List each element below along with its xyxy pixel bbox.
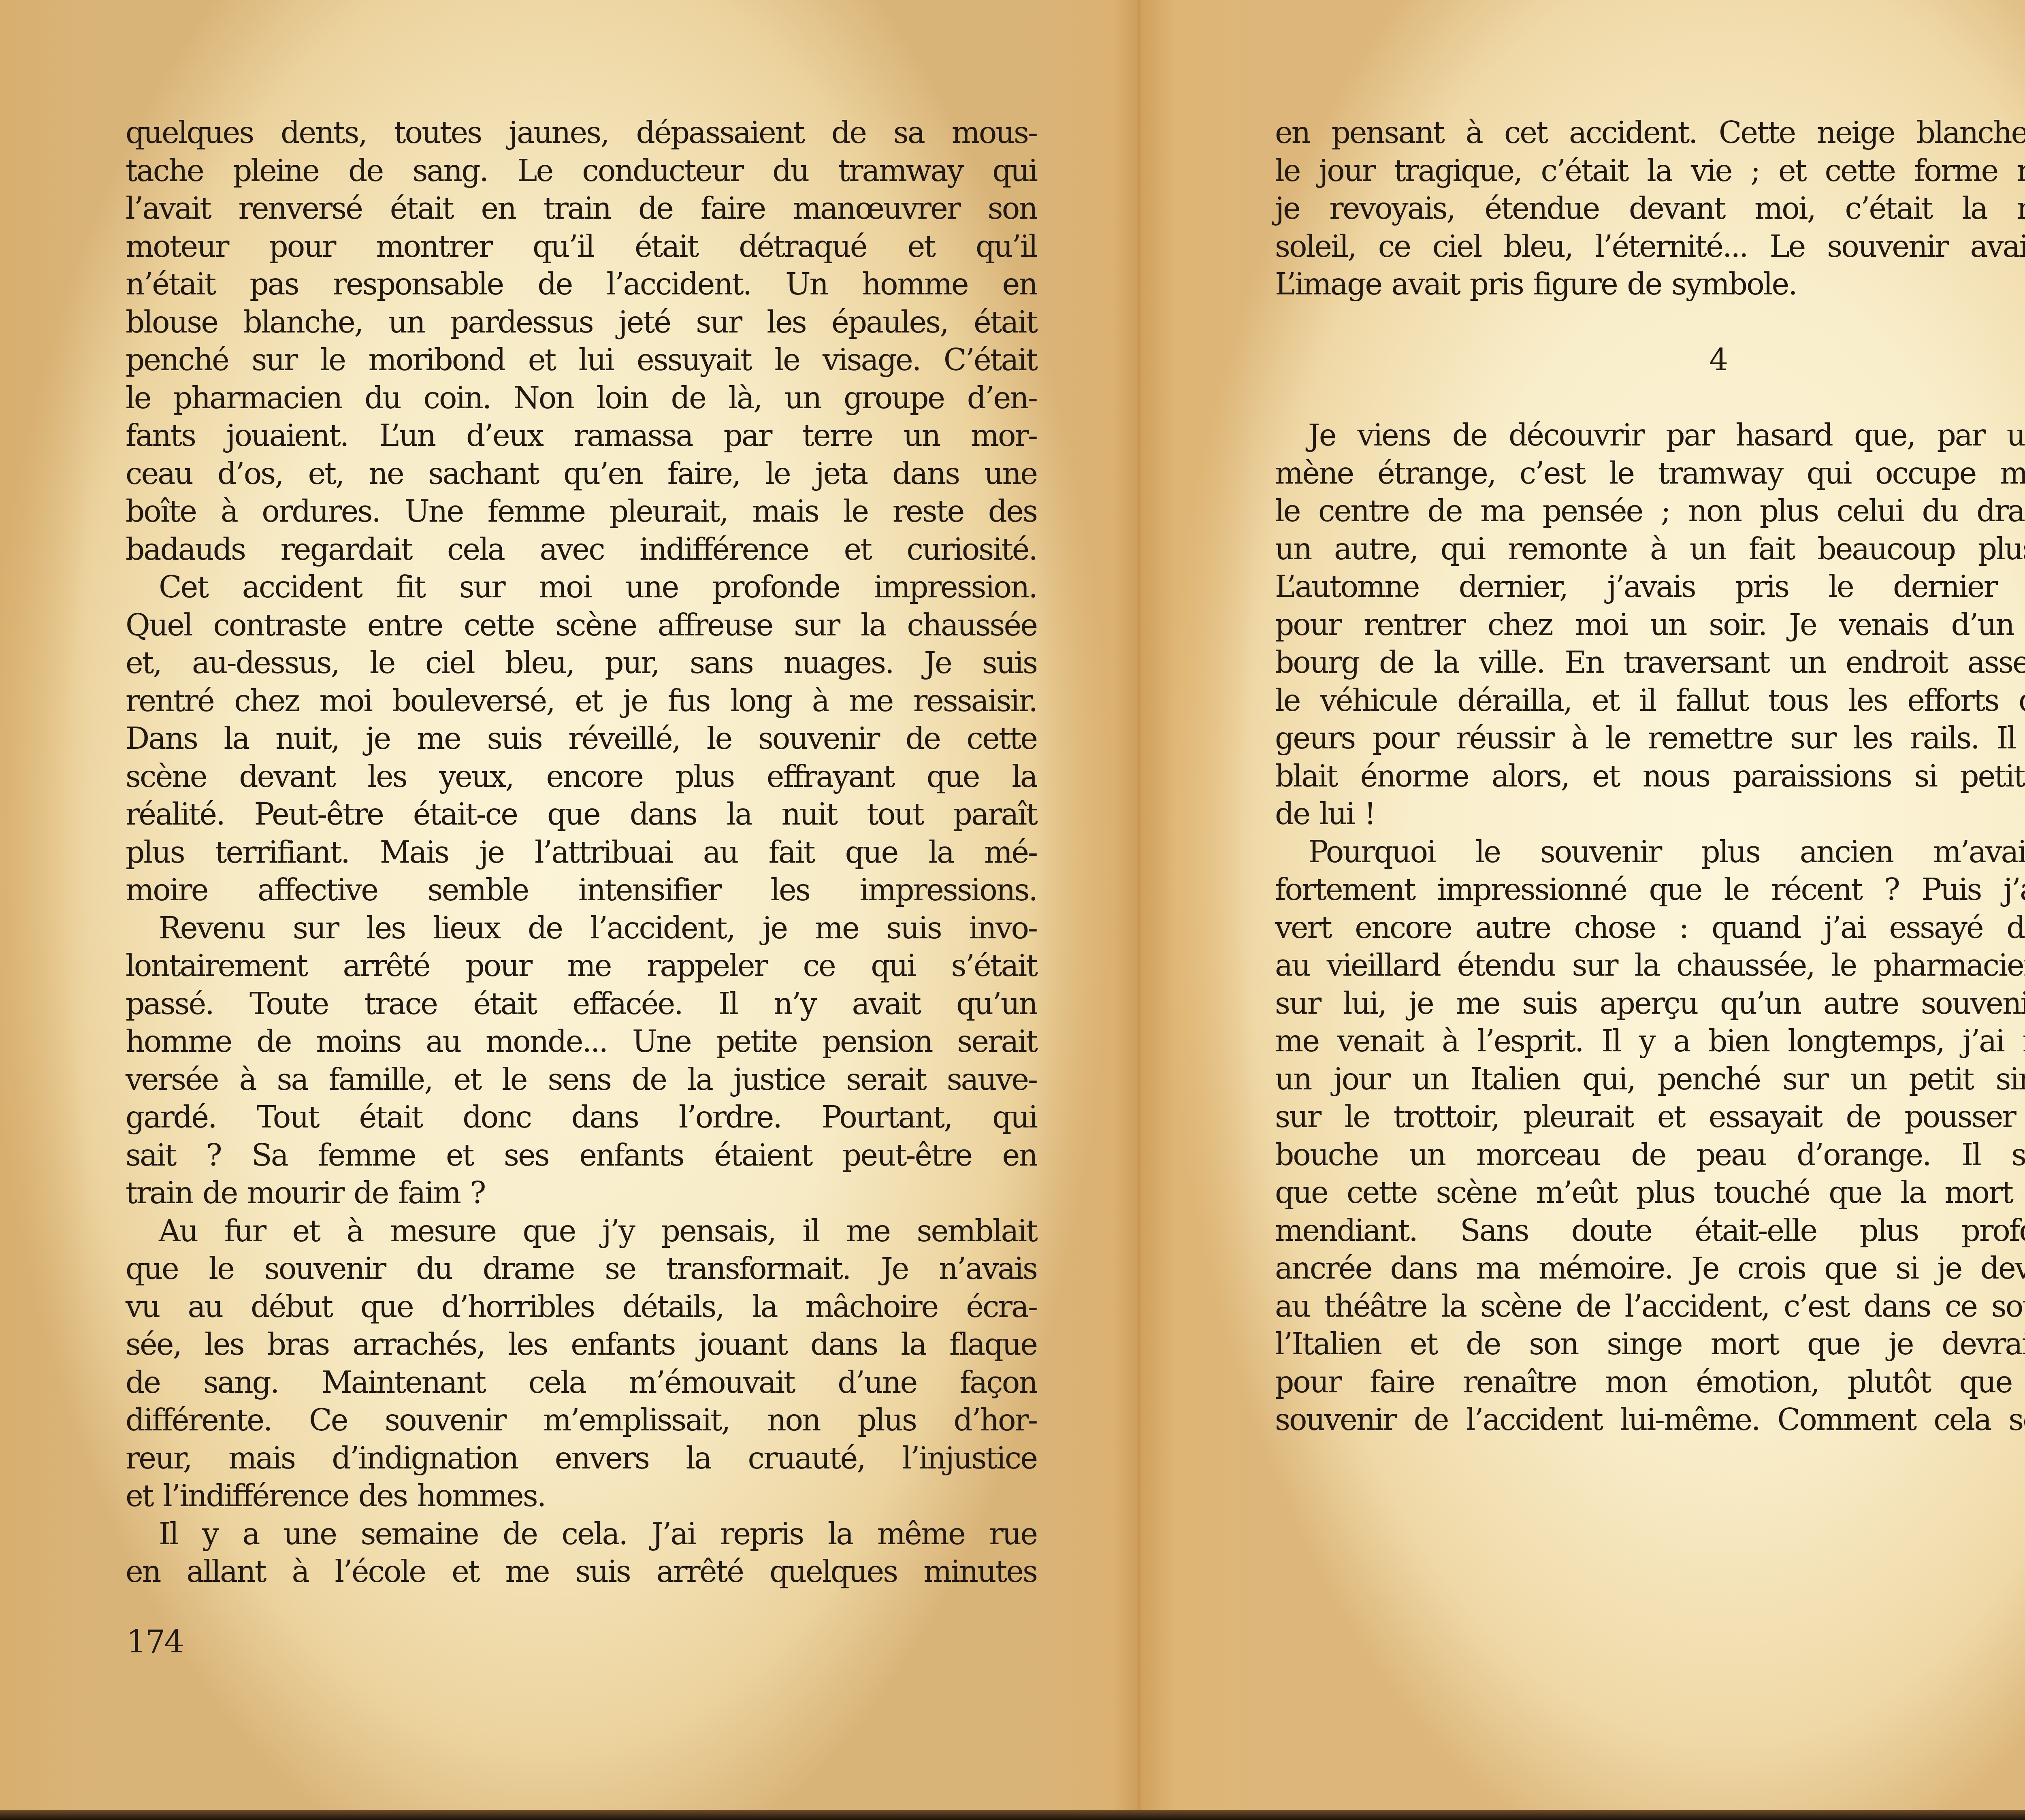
- text-line: fants jouaient. L’un d’eux ramassa par t…: [126, 417, 1037, 455]
- right-page-text: en pensant à cet accident. Cette neige b…: [1275, 114, 2025, 1439]
- text-line: badauds regardait cela avec indifférence…: [126, 531, 1037, 569]
- book-gutter: [1138, 0, 1140, 1810]
- text-line: passé. Toute trace était effacée. Il n’y…: [126, 985, 1037, 1023]
- text-line: Quel contraste entre cette scène affreus…: [126, 607, 1037, 645]
- text-line: vert encore autre chose : quand j’ai ess…: [1275, 909, 2025, 947]
- text-line: plus terrifiant. Mais je l’attribuai au …: [126, 834, 1037, 872]
- paragraph-start-line: Pourquoi le souvenir plus ancien m’avait…: [1275, 833, 2025, 872]
- text-line: en pensant à cet accident. Cette neige b…: [1275, 114, 2025, 152]
- text-line: moteur pour montrer qu’il était détraqué…: [126, 228, 1037, 266]
- text-line: l’Italien et de son singe mort que je de…: [1275, 1326, 2025, 1364]
- paragraph-end-line: train de mourir de faim ?: [126, 1174, 1037, 1213]
- text-line: soleil, ce ciel bleu, l’éternité... Le s…: [1275, 228, 2025, 266]
- text-line: geurs pour réussir à le remettre sur les…: [1275, 720, 2025, 758]
- text-line: pour faire renaître mon émotion, plutôt …: [1275, 1364, 2025, 1402]
- paragraph-start-line: Il y a une semaine de cela. J’ai repris …: [126, 1515, 1037, 1554]
- paragraph-end-line: et l’indifférence des hommes.: [126, 1477, 1037, 1515]
- text-line: lontairement arrêté pour me rappeler ce …: [126, 947, 1037, 985]
- text-line: je revoyais, étendue devant moi, c’était…: [1275, 190, 2025, 228]
- paragraph-end-line: de lui !: [1275, 795, 2025, 833]
- section-number: 4: [1275, 341, 2025, 379]
- text-line: tache pleine de sang. Le conducteur du t…: [126, 152, 1037, 190]
- paragraph-start-line: Je viens de découvrir par hasard que, pa…: [1275, 417, 2025, 455]
- text-line: gardé. Tout était donc dans l’ordre. Pou…: [126, 1099, 1037, 1137]
- text-line: n’était pas responsable de l’accident. U…: [126, 266, 1037, 304]
- text-line: penché sur le moribond et lui essuyait l…: [126, 341, 1037, 379]
- text-line: au vieillard étendu sur la chaussée, le …: [1275, 947, 2025, 985]
- text-line: en allant à l’école et me suis arrêté qu…: [126, 1553, 1037, 1591]
- text-line: fortement impressionné que le récent ? P…: [1275, 871, 2025, 909]
- text-line: que le souvenir du drame se transformait…: [126, 1250, 1037, 1288]
- text-line: homme de moins au monde... Une petite pe…: [126, 1023, 1037, 1061]
- text-line: reur, mais d’indignation envers la cruau…: [126, 1440, 1037, 1478]
- text-line: le véhicule dérailla, et il fallut tous …: [1275, 682, 2025, 720]
- text-line: le jour tragique, c’était la vie ; et ce…: [1275, 152, 2025, 190]
- text-line: bourg de la ville. En traversant un endr…: [1275, 644, 2025, 682]
- text-line: le pharmacien du coin. Non loin de là, u…: [126, 379, 1037, 418]
- paragraph-start-line: Revenu sur les lieux de l’accident, je m…: [126, 910, 1037, 948]
- text-line: réalité. Peut-être était-ce que dans la …: [126, 796, 1037, 834]
- text-line: pour rentrer chez moi un soir. Je venais…: [1275, 606, 2025, 644]
- text-line: mendiant. Sans doute était-elle plus pro…: [1275, 1212, 2025, 1250]
- paragraph-start-line: Au fur et à mesure que j’y pensais, il m…: [126, 1213, 1037, 1251]
- text-line: ceau d’os, et, ne sachant qu’en faire, l…: [126, 455, 1037, 493]
- text-line: rentré chez moi bouleversé, et je fus lo…: [126, 682, 1037, 720]
- text-line: au théâtre la scène de l’accident, c’est…: [1275, 1288, 2025, 1326]
- text-line: sur lui, je me suis aperçu qu’un autre s…: [1275, 985, 2025, 1023]
- text-line: le centre de ma pensée ; non plus celui …: [1275, 492, 2025, 531]
- text-line: vu au début que d’horribles détails, la …: [126, 1288, 1037, 1326]
- text-line: Dans la nuit, je me suis réveillé, le so…: [126, 720, 1037, 758]
- text-line: blait énorme alors, et nous paraissions …: [1275, 758, 2025, 796]
- text-line: moire affective semble intensifier les i…: [126, 872, 1037, 910]
- text-line: sée, les bras arrachés, les enfants joua…: [126, 1326, 1037, 1364]
- text-line: me venait à l’esprit. Il y a bien longte…: [1275, 1023, 2025, 1061]
- text-line: ancrée dans ma mémoire. Je crois que si …: [1275, 1250, 2025, 1288]
- text-line: et, au-dessus, le ciel bleu, pur, sans n…: [126, 644, 1037, 682]
- text-line: de sang. Maintenant cela m’émouvait d’un…: [126, 1364, 1037, 1402]
- text-line: l’avait renversé était en train de faire…: [126, 190, 1037, 228]
- bottom-shadow: [0, 1810, 2025, 1820]
- text-line: blouse blanche, un pardessus jeté sur le…: [126, 304, 1037, 342]
- text-line: mène étrange, c’est le tramway qui occup…: [1275, 455, 2025, 493]
- text-line: quelques dents, toutes jaunes, dépassaie…: [126, 114, 1037, 152]
- text-line: L’automne dernier, j’avais pris le derni…: [1275, 568, 2025, 606]
- text-line: un jour un Italien qui, penché sur un pe…: [1275, 1061, 2025, 1099]
- text-line: scène devant les yeux, encore plus effra…: [126, 758, 1037, 796]
- book-spread: quelques dents, toutes jaunes, dépassaie…: [0, 0, 2025, 1820]
- text-line: versée à sa famille, et le sens de la ju…: [126, 1061, 1037, 1099]
- text-line: un autre, qui remonte à un fait beaucoup…: [1275, 531, 2025, 569]
- text-line: que cette scène m’eût plus touché que la…: [1275, 1174, 2025, 1212]
- text-line: différente. Ce souvenir m’emplissait, no…: [126, 1402, 1037, 1440]
- paragraph-start-line: Cet accident fit sur moi une profonde im…: [126, 569, 1037, 607]
- paragraph-end-line: L’image avait pris figure de symbole.: [1275, 266, 2025, 304]
- text-line: sait ? Sa femme et ses enfants étaient p…: [126, 1137, 1037, 1175]
- text-line: boîte à ordures. Une femme pleurait, mai…: [126, 493, 1037, 531]
- text-line: souvenir de l’accident lui-même. Comment…: [1275, 1401, 2025, 1439]
- text-line: sur le trottoir, pleurait et essayait de…: [1275, 1098, 2025, 1136]
- page-number-left: 174: [126, 1624, 183, 1660]
- text-line: bouche un morceau de peau d’orange. Il s…: [1275, 1136, 2025, 1174]
- left-page-text: quelques dents, toutes jaunes, dépassaie…: [126, 114, 1037, 1591]
